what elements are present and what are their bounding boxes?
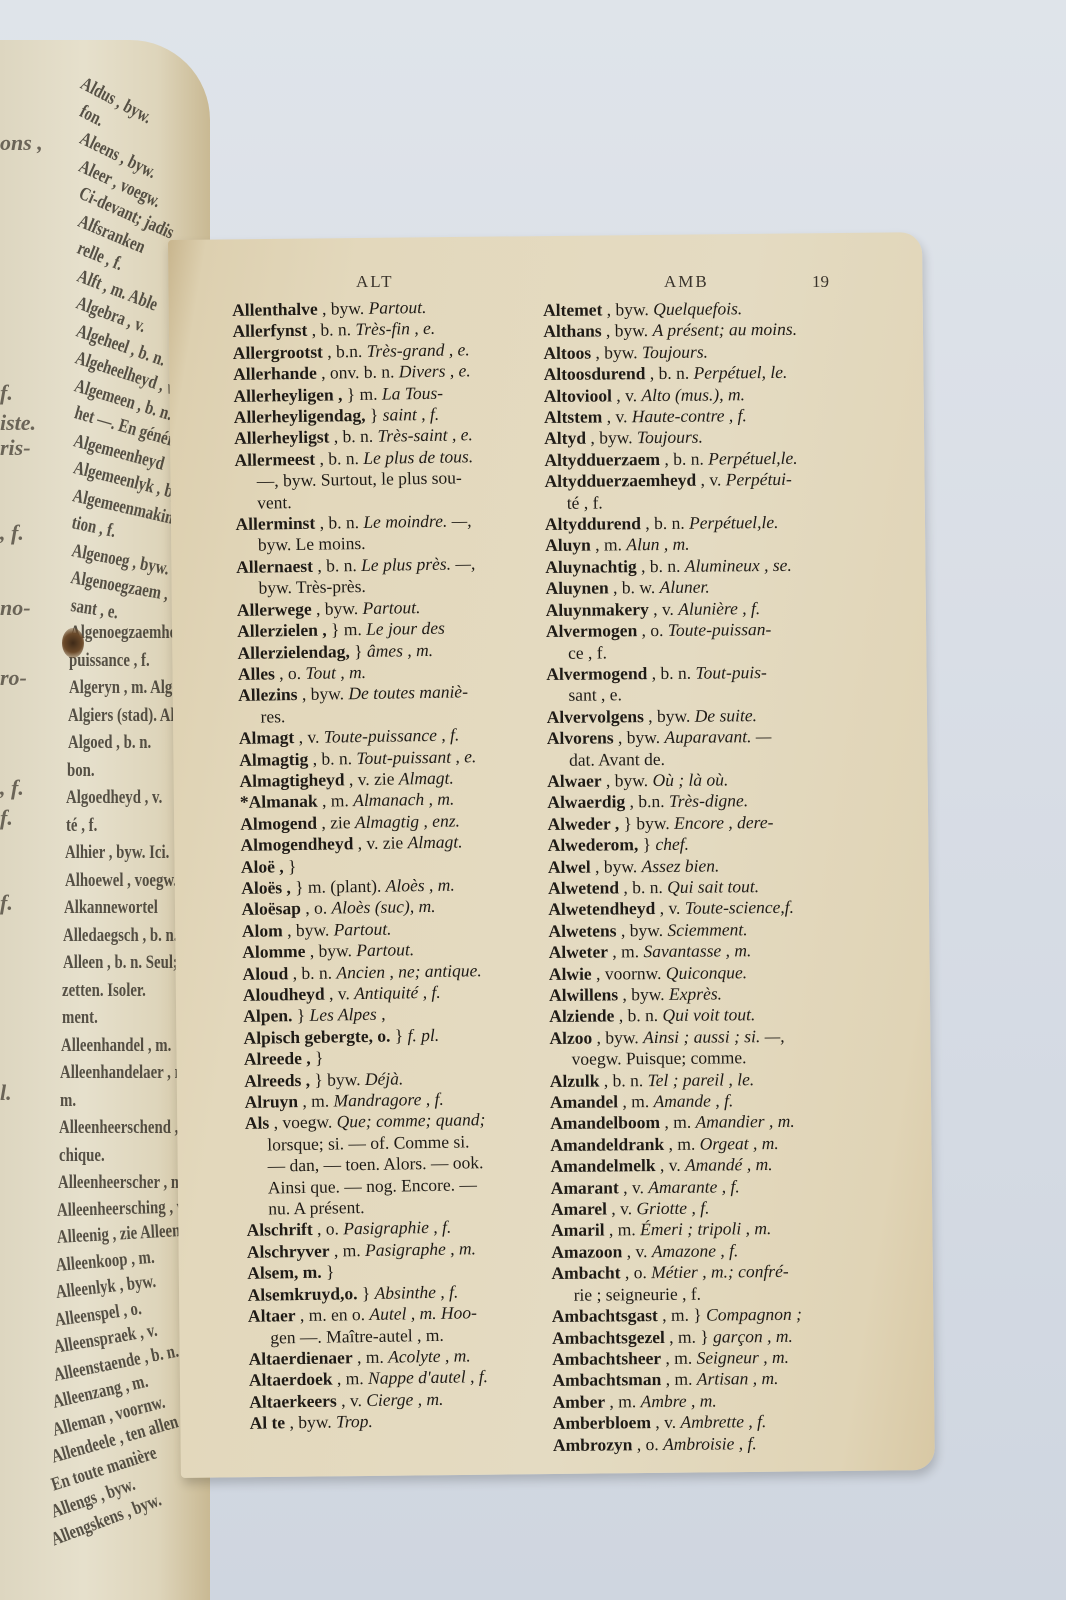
entry-grammar: , byw.	[602, 320, 653, 340]
entry-headword: *Almanak	[240, 791, 318, 812]
dictionary-entry: Alvermogen , o. Toute-puissan-	[546, 618, 876, 642]
entry-translation: Alunière , f.	[678, 598, 760, 619]
entry-translation: Pasigraphe , m.	[365, 1238, 476, 1260]
entry-headword: Alwie	[549, 963, 592, 983]
dictionary-entry: Amandelboom , m. Amandier , m.	[550, 1111, 880, 1135]
entry-translation: Trop.	[336, 1411, 373, 1432]
entry-translation: Partout.	[362, 597, 420, 618]
entry-grammar: , b. n.	[660, 448, 708, 468]
entry-grammar: }	[638, 834, 655, 854]
entry-translation: Toujours.	[637, 427, 703, 448]
curled-margin-fragment: ro-	[0, 665, 27, 691]
entry-translation: Assez bien.	[642, 855, 720, 876]
dictionary-entry: Alwederom, } chef.	[548, 832, 878, 856]
entry-translation: Griotte , f.	[636, 1198, 709, 1219]
entry-translation: Antiquité , f.	[354, 982, 441, 1003]
entry-grammar: , b. n.	[641, 513, 689, 533]
dictionary-entry: Altydduerzaem , b. n. Perpétuel,le.	[544, 447, 874, 471]
entry-grammar: , b. n.	[599, 1070, 647, 1090]
entry-translation: Seigneur , m.	[697, 1347, 790, 1368]
entry-headword: Altaerdienaer	[248, 1347, 352, 1369]
dictionary-entry: Althans , byw. A présent; au moins.	[543, 319, 873, 343]
entry-translation: Le jour des	[366, 618, 445, 639]
entry-grammar: }	[357, 1283, 374, 1303]
entry-headword: Alwel	[548, 856, 591, 876]
entry-grammar: }	[365, 405, 382, 425]
entry-headword: Alreeds ,	[244, 1069, 310, 1090]
entry-grammar: }	[350, 640, 367, 660]
entry-grammar: , m.	[298, 1091, 334, 1112]
entry-translation: Émeri ; tripoli , m.	[640, 1219, 771, 1240]
curled-entry: Alleenheerscher , m.	[58, 1170, 187, 1195]
entry-grammar: , b.n.	[323, 341, 367, 362]
curled-entry: Alleenhandel , m.	[61, 1033, 171, 1058]
entry-translation: garçon , m.	[713, 1325, 793, 1346]
entry-grammar: , m.	[605, 1391, 641, 1411]
entry-translation: Almagtig , enz.	[355, 810, 460, 832]
entry-grammar: , b.n.	[625, 791, 669, 811]
entry-headword: Ambachtsman	[552, 1369, 661, 1390]
entry-headword: Amandelmelk	[550, 1155, 655, 1176]
entry-grammar: , byw.	[586, 428, 637, 448]
entry-grammar: , byw.	[618, 984, 669, 1004]
entry-headword: Allerheyligst	[234, 427, 330, 448]
entry-headword: Alweter	[549, 942, 608, 963]
entry-continuation: rie ; seigneurie , f.	[552, 1282, 882, 1306]
entry-grammar: }	[292, 1005, 309, 1025]
entry-translation: Le moindre. —,	[363, 510, 472, 532]
entry-grammar: , m.	[661, 1348, 697, 1368]
entry-grammar: , voornw.	[592, 963, 666, 984]
entry-translation: Aloès (suc), m.	[331, 896, 435, 918]
entry-grammar: , v.	[696, 470, 726, 490]
entry-translation: Haute-contre , f.	[632, 405, 747, 426]
entry-headword: Altaerdoek	[249, 1369, 333, 1390]
entry-headword: Altaerkeers	[249, 1390, 337, 1411]
entry-grammar: , m. en o.	[295, 1304, 369, 1325]
entry-translation: Quelquefois.	[653, 298, 742, 319]
dictionary-entry: Altoosdurend , b. n. Perpétuel, le.	[544, 361, 874, 385]
entry-translation: Qui sait tout.	[667, 876, 759, 897]
entry-translation: Orgeat , m.	[700, 1133, 779, 1154]
entry-translation: Perpétuel, le.	[693, 362, 787, 383]
entry-translation: Ainsi ; aussi ; si. —,	[643, 1026, 785, 1047]
entry-translation: Très-digne.	[669, 791, 748, 812]
entry-grammar: , m. }	[658, 1305, 706, 1325]
entry-headword: Allezins	[238, 684, 298, 705]
dictionary-entry: Altstem , v. Haute-contre , f.	[544, 404, 874, 428]
entry-translation: Perpétuel,le.	[708, 448, 798, 469]
curled-entry: Algoedheyd , v.	[66, 785, 162, 810]
entry-headword: Almagtigheyd	[239, 769, 344, 791]
dictionary-entry: Altemet , byw. Quelquefois.	[543, 297, 873, 321]
entry-headword: Amber	[553, 1391, 606, 1411]
dictionary-entry: Amandeldrank , m. Orgeat , m.	[550, 1132, 880, 1156]
entry-translation: Almagt.	[399, 768, 454, 789]
entry-headword: Allergrootst	[233, 341, 323, 362]
entry-translation: Tout-puissant , e.	[356, 746, 476, 768]
entry-headword: Alvervolgens	[547, 706, 644, 727]
entry-translation: Absinthe , f.	[374, 1281, 458, 1302]
entry-grammar: , b. n.	[647, 663, 695, 683]
entry-grammar: , m.	[604, 1220, 640, 1240]
entry-grammar: , o.	[301, 898, 332, 918]
entry-headword: Alom	[242, 920, 283, 941]
curled-entry: chique.	[59, 1143, 105, 1168]
entry-headword: Alreede ,	[244, 1048, 311, 1069]
dictionary-entry: Alwetendheyd , v. Toute-science,f.	[548, 896, 878, 920]
entry-translation: saint , f.	[383, 404, 440, 425]
entry-grammar: , byw.	[602, 770, 653, 790]
dictionary-entry: Alweder , } byw. Encore , dere-	[547, 811, 877, 835]
dictionary-entry: Aluynmakery , v. Alunière , f.	[546, 597, 876, 621]
entry-grammar: , byw.	[318, 298, 369, 319]
entry-headword: Alschryver	[247, 1240, 330, 1261]
entry-translation: Toute-science,f.	[685, 897, 794, 918]
dictionary-entry: Alziende , b. n. Qui voit tout.	[549, 1003, 879, 1027]
entry-headword: Aluyn	[545, 535, 591, 555]
ink-stain	[62, 628, 84, 658]
entry-translation: Quiconque.	[666, 962, 747, 983]
entry-headword: Alvorens	[547, 728, 614, 749]
entry-grammar: , b. n.	[308, 748, 356, 769]
entry-grammar: } m.	[342, 383, 382, 404]
entry-translation: Ambroisie , f.	[663, 1433, 757, 1454]
entry-grammar: } m. (plant).	[291, 876, 386, 897]
entry-translation: Métier , m.; confré-	[651, 1261, 789, 1282]
entry-grammar: , v.	[324, 983, 354, 1003]
entry-headword: Allerheyligen ,	[233, 384, 342, 406]
entry-translation: Artisan , m.	[697, 1368, 779, 1389]
entry-headword: Alsemkruyd,o.	[247, 1283, 357, 1305]
entry-translation: Alumineux , se.	[685, 555, 792, 576]
entry-grammar: , b. n.	[288, 962, 336, 983]
entry-translation: Le plus de tous.	[363, 446, 473, 468]
curled-entry: Alleenig , zie Alleen	[56, 1218, 181, 1250]
entry-grammar: , v.	[649, 599, 679, 619]
dictionary-entry: Amandelmelk , v. Amandé , m.	[550, 1153, 880, 1177]
entry-translation: De suite.	[695, 705, 757, 726]
entry-headword: Almogendheyd	[240, 833, 353, 855]
entry-headword: Allerminst	[235, 513, 315, 534]
entry-continuation: voegw. Puisque; comme.	[550, 1046, 880, 1070]
curled-entry: Algoed , b. n.	[68, 730, 151, 755]
entry-headword: Aloës ,	[241, 877, 291, 898]
entry-grammar: , byw.	[644, 705, 695, 725]
dictionary-entry: Alwel , byw. Assez bien.	[548, 854, 878, 878]
entry-grammar: , b. w.	[609, 577, 660, 597]
curled-entry: Alleen , b. n. Seul;	[63, 950, 178, 975]
dictionary-entry: Alwaerdig , b.n. Très-digne.	[547, 789, 877, 813]
entry-translation: Le plus près. —,	[361, 553, 476, 575]
dictionary-entry: Amarant , v. Amarante , f.	[551, 1175, 881, 1199]
dictionary-entry: Alweter , m. Savantasse , m.	[549, 939, 879, 963]
entry-grammar: , byw.	[297, 684, 348, 705]
entry-translation: chef.	[655, 834, 689, 854]
entry-grammar: , v.	[622, 1241, 652, 1261]
dictionary-entry: Alzulk , b. n. Tel ; pareil , le.	[550, 1068, 880, 1092]
entry-headword: Amberbloem	[553, 1412, 651, 1433]
entry-grammar: , byw.	[591, 342, 642, 362]
entry-translation: Partout.	[356, 939, 414, 960]
dictionary-entry: Amberbloem , v. Ambrette , f.	[553, 1410, 883, 1434]
entry-translation: Amazone , f.	[652, 1240, 739, 1261]
entry-grammar: , m.	[608, 941, 644, 961]
entry-headword: Alpisch gebergte, o.	[243, 1025, 390, 1047]
entry-grammar: } m.	[326, 619, 366, 640]
entry-grammar: , m.	[591, 535, 627, 555]
entry-translation: Sciemment.	[667, 919, 747, 940]
entry-grammar: , o.	[632, 1434, 663, 1454]
entry-headword: Aluynmakery	[546, 599, 649, 620]
entry-grammar: , o.	[313, 1219, 344, 1239]
curled-entry: zetten. Isoler.	[62, 978, 146, 1003]
entry-grammar: , o.	[637, 620, 668, 640]
entry-grammar: , m.	[318, 791, 354, 812]
entry-headword: Ambachtsgezel	[552, 1326, 665, 1347]
entry-grammar: , b. n.	[315, 448, 363, 469]
entry-grammar: }	[284, 856, 297, 876]
entry-headword: Allerfynst	[232, 320, 307, 341]
entry-grammar: , byw.	[592, 1027, 643, 1047]
dictionary-entry: Altoos , byw. Toujours.	[543, 340, 873, 364]
entry-translation: Aluner.	[660, 577, 710, 597]
entry-grammar: , m.	[664, 1134, 700, 1154]
entry-grammar: , byw.	[602, 299, 653, 319]
entry-headword: Althans	[543, 321, 602, 342]
entry-grammar: }	[390, 1025, 407, 1045]
entry-translation: Autel , m. Hoo-	[369, 1302, 477, 1324]
entry-headword: Alles	[238, 663, 275, 684]
entry-translation: Savantasse , m.	[643, 940, 751, 961]
entry-headword: Allernaest	[236, 556, 313, 577]
entry-headword: Almagt	[239, 727, 295, 748]
entry-translation: Tout , m.	[305, 662, 366, 683]
entry-translation: Alto (mus.), m.	[641, 384, 745, 405]
entry-grammar: , v.	[602, 406, 632, 426]
entry-grammar: , b. n.	[315, 512, 363, 533]
entry-headword: Amarant	[551, 1177, 619, 1198]
curled-margin-fragment: , f.	[0, 520, 24, 546]
entry-grammar: } byw.	[310, 1069, 365, 1090]
entry-headword: Altydduerzaem	[544, 449, 660, 470]
entry-translation: Très-grand , e.	[366, 339, 469, 361]
curled-margin-fragment: f.	[0, 380, 13, 406]
dictionary-entry: Amandel , m. Amande , f.	[550, 1089, 880, 1113]
entry-headword: Allenthalve	[232, 299, 318, 320]
entry-headword: Alwaer	[547, 770, 602, 790]
entry-translation: Ancien , ne; antique.	[336, 960, 482, 982]
entry-headword: Alomme	[242, 941, 305, 962]
entry-translation: Encore , dere-	[674, 812, 773, 833]
dictionary-entry: Ambrozyn , o. Ambroisie , f.	[553, 1432, 883, 1456]
dictionary-entry: Ambachtsheer , m. Seigneur , m.	[552, 1346, 882, 1370]
entry-grammar: , v.	[655, 898, 685, 918]
entry-translation: Amande , f.	[653, 1090, 733, 1111]
entry-grammar: , byw.	[283, 919, 334, 940]
entry-grammar: }	[321, 1262, 334, 1282]
entry-translation: Alun , m.	[626, 534, 689, 555]
entry-translation: Auparavant. —	[664, 726, 771, 747]
entry-grammar: } byw.	[619, 813, 674, 833]
entry-grammar: , m.	[661, 1369, 697, 1389]
dictionary-entry: Ambachtsgast , m. } Compagnon ;	[552, 1303, 882, 1327]
entry-translation: Qui voit tout.	[662, 1005, 755, 1026]
curled-entry: Alhier , byw. Ici.	[65, 840, 169, 865]
entry-translation: Perpétui-	[726, 469, 792, 490]
curled-entry: Alleenhandelaer , m.	[60, 1060, 191, 1085]
entry-grammar: , byw.	[312, 598, 363, 619]
entry-headword: Als	[245, 1113, 270, 1133]
entry-continuation: sant , e.	[546, 682, 876, 706]
entry-headword: Alruyn	[244, 1091, 298, 1112]
entry-headword: Aloësap	[241, 898, 301, 919]
curled-margin-fragment: ris-	[0, 435, 31, 461]
entry-continuation: dat. Avant de.	[547, 747, 877, 771]
curled-margin-fragment: l.	[0, 1080, 12, 1106]
entry-grammar: , b. n.	[307, 319, 355, 340]
right-column: Altemet , byw. Quelquefois.Althans , byw…	[543, 297, 883, 1456]
entry-translation: âmes , m.	[367, 639, 433, 660]
entry-translation: Tel ; pareil , le.	[647, 1069, 754, 1090]
entry-headword: Alwederom,	[548, 834, 639, 855]
entry-grammar: , m.	[660, 1112, 696, 1132]
entry-headword: Allermeest	[234, 449, 315, 470]
entry-translation: A présent; au moins.	[652, 319, 797, 340]
curled-margin-fragment: no-	[0, 595, 31, 621]
entry-headword: Amandel	[550, 1091, 618, 1112]
entry-translation: Exprès.	[669, 983, 722, 1003]
entry-continuation: té , f.	[545, 490, 875, 514]
running-head-left: ALT	[356, 272, 394, 292]
entry-headword: Aluynachtig	[545, 556, 637, 577]
entry-headword: Almagtig	[239, 748, 308, 769]
curled-margin-fragment: iste.	[0, 410, 36, 436]
page-number: 19	[812, 272, 829, 292]
entry-translation: Amandé , m.	[685, 1154, 773, 1175]
entry-headword: Aloud	[242, 963, 288, 984]
entry-grammar: , byw.	[616, 920, 667, 940]
dictionary-entry: Amber , m. Ambre , m.	[553, 1389, 883, 1413]
curled-entry: Alhoewel , voegw.	[65, 868, 177, 893]
curled-margin-fragment: ons ,	[0, 130, 43, 156]
left-column: Allenthalve , byw. Partout.Allerfynst , …	[232, 295, 550, 1434]
entry-translation: Aloès , m.	[386, 875, 455, 896]
entry-translation: Amandier , m.	[695, 1111, 794, 1132]
dictionary-entry: Altoviool , v. Alto (mus.), m.	[544, 383, 874, 407]
running-head-right: AMB	[664, 272, 709, 292]
entry-grammar: , b. n.	[614, 1005, 662, 1025]
dictionary-entry: Alvervolgens , byw. De suite.	[547, 704, 877, 728]
entry-translation: Perpétuel,le.	[689, 512, 779, 533]
entry-headword: Altyddurend	[545, 513, 641, 534]
entry-grammar: }	[311, 1048, 324, 1068]
entry-headword: Amazoon	[551, 1241, 622, 1262]
entry-translation: Almanach , m.	[353, 789, 454, 811]
entry-translation: Almagt.	[407, 832, 462, 853]
entry-headword: Altstem	[544, 407, 602, 428]
entry-grammar: , v.	[651, 1412, 681, 1432]
entry-grammar: , byw.	[591, 856, 642, 876]
dictionary-entry: Amarel , v. Griotte , f.	[551, 1196, 881, 1220]
entry-headword: Altoviool	[544, 385, 612, 406]
curled-entry: ment.	[62, 1005, 98, 1030]
dictionary-entry: Altyd , byw. Toujours.	[544, 426, 874, 450]
dictionary-entry: Ambachtsman , m. Artisan , m.	[552, 1367, 882, 1391]
entry-grammar: , b. n.	[619, 877, 667, 897]
entry-headword: Alziende	[549, 1006, 614, 1027]
entry-headword: Amandelboom	[550, 1112, 660, 1133]
curled-margin-fragment: f.	[0, 805, 13, 831]
entry-translation: Toute-puissan-	[668, 619, 772, 640]
entry-headword: Alweder ,	[547, 813, 619, 834]
entry-grammar: , zie	[317, 812, 355, 833]
entry-grammar: , m.	[332, 1368, 368, 1389]
entry-grammar: , o.	[275, 663, 306, 683]
entry-grammar: , byw.	[613, 727, 664, 747]
entry-translation: Partout.	[368, 297, 426, 318]
entry-headword: Alwillens	[549, 984, 618, 1005]
entry-translation: Les Alpes ,	[309, 1004, 385, 1025]
entry-translation: Pasigraphie , f.	[343, 1217, 451, 1239]
entry-grammar: , byw.	[285, 1412, 336, 1433]
entry-grammar: , v.	[655, 1155, 685, 1175]
dictionary-entry: Altydduerzaemheyd , v. Perpétui-	[544, 468, 874, 492]
entry-headword: Alwetendheyd	[548, 898, 655, 919]
entry-headword: Almogend	[240, 812, 317, 833]
entry-headword: Altaer	[248, 1305, 296, 1326]
dictionary-entry: Aluyn , m. Alun , m.	[545, 533, 875, 557]
entry-translation: Ambrette , f.	[680, 1411, 766, 1432]
entry-grammar: , b. n.	[313, 555, 361, 576]
dictionary-entry: Alwetens , byw. Sciemment.	[548, 918, 878, 942]
entry-grammar: , m.	[329, 1240, 365, 1261]
entry-headword: Ambrozyn	[553, 1434, 633, 1455]
entry-translation: De toutes maniè-	[348, 682, 468, 704]
dictionary-entry: Aluynachtig , b. n. Alumineux , se.	[545, 554, 875, 578]
entry-headword: Amarel	[551, 1199, 607, 1219]
entry-translation: Déjà.	[365, 1068, 404, 1089]
entry-headword: Alpen.	[243, 1006, 292, 1027]
entry-headword: Altydduerzaemheyd	[544, 470, 696, 491]
entry-headword: Allerzielen ,	[237, 620, 327, 641]
entry-translation: Cierge , m.	[366, 1389, 443, 1410]
entry-headword: Ambachtsgast	[552, 1305, 658, 1326]
entry-translation: Toute-puissance , f.	[324, 725, 460, 747]
curled-entry: Alledaegsch , b. n.	[63, 923, 177, 948]
entry-continuation: ce , f.	[546, 640, 876, 664]
entry-headword: Alzulk	[550, 1070, 600, 1090]
entry-grammar: , v.	[607, 1198, 637, 1218]
entry-grammar: , v.	[294, 727, 324, 747]
dictionary-entry: Alvorens , byw. Auparavant. —	[547, 725, 877, 749]
entry-headword: Ambachtsheer	[552, 1348, 661, 1369]
entry-translation: Où ; là où.	[652, 769, 728, 790]
entry-translation: f. pl.	[407, 1025, 439, 1045]
entry-translation: Ambre , m.	[641, 1390, 717, 1411]
entry-headword: Alvermogen	[546, 620, 638, 641]
entry-grammar: , b. n.	[645, 363, 693, 383]
entry-headword: Aloë ,	[241, 856, 284, 877]
entry-headword: Altoosdurend	[544, 363, 646, 384]
entry-grammar: , b. n.	[329, 426, 377, 447]
dictionary-entry: Aluynen , b. w. Aluner.	[545, 575, 875, 599]
entry-headword: Alzoo	[549, 1027, 592, 1047]
entry-grammar: , byw.	[305, 940, 356, 961]
dictionary-entry: Altyddurend , b. n. Perpétuel,le.	[545, 511, 875, 535]
entry-headword: Allerhande	[233, 363, 317, 384]
curled-entry: m.	[60, 1088, 76, 1113]
